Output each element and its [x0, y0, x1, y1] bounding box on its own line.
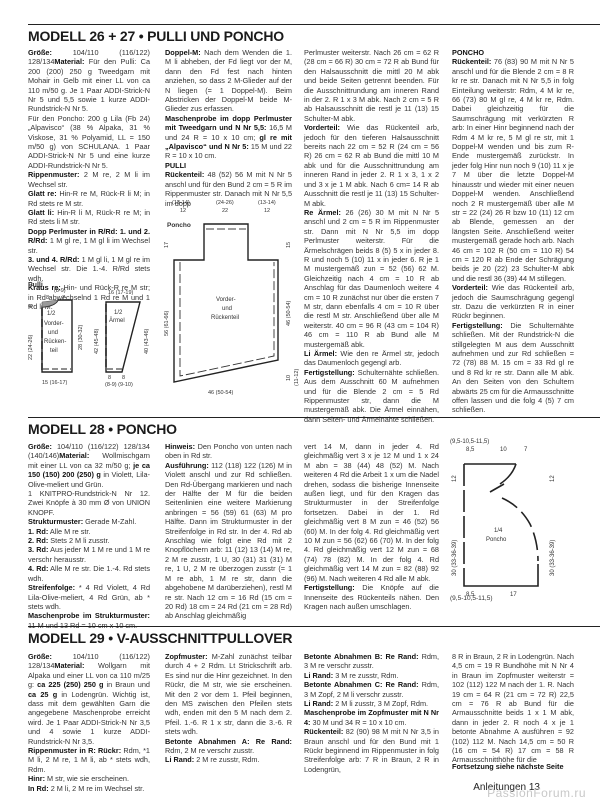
label: 1. Rd: — [28, 527, 48, 536]
paragraph: Strukturmuster: Gerade M-Zahl. — [28, 517, 150, 526]
svg-text:12: 12 — [264, 208, 270, 214]
svg-text:(8-9) (9-10): (8-9) (9-10) — [105, 382, 133, 388]
paragraph: Li Ärmel: Wie den re Ärmel str, jedoch d… — [304, 349, 439, 368]
label: gl re mit „Alpavisco“ und N Nr 5: — [165, 133, 292, 151]
paragraph: Hinweis: Den Poncho von unten nach oben … — [165, 442, 292, 461]
m28-bottom-total: (9,5-10,5-11,5) — [450, 595, 493, 602]
svg-text:Poncho: Poncho — [167, 222, 191, 229]
svg-text:(24-26): (24-26) — [216, 200, 234, 206]
paragraph: Größe: 104/110 (116/122) 128/134Material… — [28, 48, 150, 114]
m29-col1: Größe: 104/110 (116/122) 128/134Material… — [28, 652, 150, 793]
section-title-m28: MODELL 28 • PONCHO — [28, 421, 177, 437]
svg-text:Vorder-: Vorder- — [44, 321, 64, 327]
pulli-diagram: Pulli 1/2 Vorder- und Rücken- teil (8-9)… — [20, 278, 155, 388]
paragraph: Zopfmuster: M-Zahl zunächst teilbar durc… — [165, 652, 292, 737]
pulli-label: Pulli — [28, 282, 43, 289]
label: ca 25 g — [28, 690, 57, 699]
paragraph: Glatt li: Hin-R li M, Rück-R re M; in Rd… — [28, 208, 150, 227]
label: Rippenmuster in R: Rückr: — [28, 746, 121, 755]
paragraph: Vorderteil: Wie das Rückenteil arb, jedo… — [452, 283, 574, 321]
label: Hinr: — [28, 774, 45, 783]
poncho-diagram: (13-14) (24-26) (13-14) 12 22 12 Poncho … — [160, 196, 300, 401]
paragraph: 8 R in Braun, 2 R in Lodengrün. Nach 4,5… — [452, 652, 574, 765]
paragraph: Rippenmuster in R: Rückr: Rdm, *1 M li, … — [28, 746, 150, 774]
m28-col1: Größe: 104/110 (116/122) 128/134 (140/14… — [28, 442, 150, 630]
section-rule-m2627 — [28, 24, 600, 25]
svg-text:56 (61-66): 56 (61-66) — [164, 310, 170, 336]
label: PONCHO — [452, 48, 484, 57]
label: Ausführung: — [165, 461, 209, 470]
label: Betonte Abnahmen B: Re Rand: — [304, 652, 419, 661]
paragraph: Ausführung: 112 (118) 122 (126) M in Vio… — [165, 461, 292, 621]
svg-text:30 (33-36-39): 30 (33-36-39) — [452, 540, 458, 576]
label: Größe: — [28, 652, 52, 661]
label: In Rd: — [28, 784, 49, 793]
label: ca 225 (250) 250 g — [37, 680, 103, 689]
paragraph: Betonte Abnahmen B: Re Rand: Rdm, 3 M re… — [304, 652, 439, 671]
paragraph: Rippenmuster: 2 M re, 2 M li im Wechsel … — [28, 170, 150, 189]
svg-text:(9,5-10,5-11,5): (9,5-10,5-11,5) — [450, 439, 489, 445]
svg-text:10: 10 — [500, 447, 507, 453]
label: 3. Rd: — [28, 545, 48, 554]
svg-text:15 (16-17): 15 (16-17) — [42, 380, 68, 386]
label: Li Rand: — [304, 699, 333, 708]
svg-text:Vorder-: Vorder- — [216, 297, 236, 303]
label: Maschenprobe im Strukturmuster: — [28, 611, 150, 620]
paragraph: Maschenprobe im Strukturmuster: 11 M und… — [28, 611, 150, 630]
paragraph: Fertigstellung: Die Knöpfe auf die Innen… — [304, 583, 439, 611]
paragraph: vert 14 M, dann in jeder 4. Rd gleichmäß… — [304, 442, 439, 583]
svg-text:Ärmel: Ärmel — [109, 317, 125, 324]
m29-col4: 8 R in Braun, 2 R in Lodengrün. Nach 4,5… — [452, 652, 574, 765]
paragraph: Streifenfolge: * 4 Rd Violett, 4 Rd Lila… — [28, 583, 150, 611]
label: Re Ärmel: — [304, 208, 341, 217]
label: Doppel-M: — [165, 48, 201, 57]
m2627-col3: Perlmuster weiterstr. Nach 26 cm = 62 R … — [304, 48, 439, 424]
svg-text:(13-14): (13-14) — [172, 200, 190, 206]
paragraph: Betonte Abnahmen A: Re Rand: Rdm, 2 M re… — [165, 737, 292, 756]
label: Glatt li: — [28, 208, 54, 217]
paragraph: 1. Rd: Alle M re str. — [28, 527, 150, 536]
svg-text:12: 12 — [452, 475, 458, 482]
continue-note: Fortsetzung siehe nächste Seite — [452, 762, 592, 771]
svg-text:16 (17-19): 16 (17-19) — [108, 290, 134, 296]
svg-text:1/2: 1/2 — [47, 311, 56, 317]
svg-text:Poncho: Poncho — [486, 537, 507, 543]
svg-text:8,5: 8,5 — [466, 447, 475, 453]
m2627-col2: Doppel-M: Nach dem Wenden die 1. M li ab… — [165, 48, 292, 208]
label: Maschenprobe im dopp Perlmuster mit Twee… — [165, 114, 292, 132]
label: Material: — [54, 57, 84, 66]
svg-text:46 (50-54): 46 (50-54) — [208, 390, 234, 396]
svg-text:15: 15 — [286, 242, 292, 248]
label: Rückenteil: — [452, 57, 491, 66]
svg-text:42 (45-48): 42 (45-48) — [94, 328, 100, 354]
section-rule-m29 — [28, 626, 600, 627]
label: Größe: — [28, 48, 52, 57]
label: Rippenmuster: — [28, 170, 80, 179]
section-title-m29: MODELL 29 • V-AUSSCHNITTPULLOVER — [28, 630, 292, 646]
paragraph: Fertigstellung: Die Schulternähte schlie… — [452, 321, 574, 415]
m28-poncho-diagram: (9,5-10,5-11,5) 8,5 10 7 1/4 Poncho 12 3… — [450, 436, 570, 596]
label: 3. und 4. R/Rd: — [28, 255, 79, 264]
label: Li Rand: — [165, 755, 194, 764]
label: Li Ärmel: — [304, 349, 337, 358]
paragraph: Maschenprobe im Zopfmuster mit N Nr 4: 3… — [304, 708, 439, 727]
paragraph: Dopp Perlmuster in R/Rd: 1. und 2. R/Rd:… — [28, 227, 150, 255]
paragraph: 3. Rd: Aus jeder M 1 M re und 1 M re ver… — [28, 545, 150, 564]
m2627-col1: Größe: 104/110 (116/122) 128/134Material… — [28, 48, 150, 311]
watermark: PassionForum.ru — [487, 786, 586, 800]
svg-text:28 (30-32): 28 (30-32) — [78, 324, 84, 350]
svg-text:Rücken-: Rücken- — [44, 339, 66, 345]
paragraph: Li Rand: 2 M re zusstr, Rdm. — [165, 755, 292, 764]
paragraph: Li Rand: 2 M li zusstr, 3 M Zopf, Rdm. — [304, 699, 439, 708]
svg-text:7: 7 — [62, 295, 65, 301]
paragraph: Re Ärmel: 26 (26) 30 M mit N Nr 5 anschl… — [304, 208, 439, 349]
label: je ca 150 (150) 200 (250) g — [28, 461, 150, 479]
m29-col2: Zopfmuster: M-Zahl zunächst teilbar durc… — [165, 652, 292, 765]
label: Fertigstellung: — [452, 321, 503, 330]
section-rule-m28 — [28, 417, 600, 418]
label: Betonte Abnahmen C: Re Rand: — [304, 680, 419, 689]
label: Dopp Perlmuster in R/Rd: 1. und 2. R/Rd: — [28, 227, 150, 245]
svg-text:8: 8 — [46, 295, 49, 301]
svg-text:12: 12 — [550, 475, 556, 482]
label: Glatt re: — [28, 189, 57, 198]
paragraph: 2. Rd: Stets 2 M li zusstr. — [28, 536, 150, 545]
label: Rückenteil: — [304, 727, 343, 736]
svg-text:Rückenteil: Rückenteil — [211, 315, 239, 321]
paragraph: 4. Rd: Alle M re str. Die 1.-4. Rd stets… — [28, 564, 150, 583]
paragraph: Hinr: M str, wie sie erscheinen. — [28, 774, 150, 783]
svg-text:1/2: 1/2 — [114, 310, 123, 316]
paragraph: Rückenteil: 82 (90) 98 M mit N Nr 3,5 in… — [304, 727, 439, 774]
section-title-m2627: MODELL 26 + 27 • PULLI UND PONCHO — [28, 28, 284, 44]
label: Strukturmuster: — [28, 517, 83, 526]
paragraph: Fertigstellung: Schulternähte schließen.… — [304, 368, 439, 424]
label: Fertigstellung: — [304, 368, 355, 377]
svg-text:7: 7 — [524, 447, 528, 453]
label: Streifenfolge: — [28, 583, 75, 592]
label: Material: — [54, 661, 84, 670]
paragraph: PULLI — [165, 161, 292, 170]
m28-col3: vert 14 M, dann in jeder 4. Rd gleichmäß… — [304, 442, 439, 611]
svg-text:8: 8 — [122, 375, 125, 381]
label: Vorderteil: — [304, 123, 340, 132]
svg-text:22: 22 — [222, 208, 228, 214]
m28-col2: Hinweis: Den Poncho von unten nach oben … — [165, 442, 292, 621]
svg-text:17: 17 — [164, 242, 170, 248]
svg-text:teil: teil — [50, 348, 58, 354]
svg-text:(11-12): (11-12) — [294, 369, 300, 386]
svg-text:30 (33-36-39): 30 (33-36-39) — [550, 540, 556, 576]
svg-text:40 (43-46): 40 (43-46) — [144, 328, 150, 354]
label: Fertigstellung: — [304, 583, 355, 592]
label: Li Rand: — [304, 671, 333, 680]
label: Rückenteil: — [165, 170, 204, 179]
paragraph: Größe: 104/110 (116/122) 128/134 (140/14… — [28, 442, 150, 489]
svg-text:12: 12 — [180, 208, 186, 214]
paragraph: Vorderteil: Wie das Rückenteil arb, jedo… — [304, 123, 439, 208]
svg-text:10: 10 — [286, 375, 292, 381]
paragraph: Rückenteil: 76 (83) 90 M mit N Nr 5 ansc… — [452, 57, 574, 283]
svg-text:4: 4 — [28, 305, 34, 308]
label: Material: — [59, 451, 89, 460]
paragraph: 1 KNITPRO-Rundstrick-N Nr 12. Zwei Knöpf… — [28, 489, 150, 517]
paragraph: Glatt re: Hin-R re M, Rück-R li M; in Rd… — [28, 189, 150, 208]
paragraph: In Rd: 2 M li, 2 M re im Wechsel str. — [28, 784, 150, 793]
paragraph: Li Rand: 3 M re zusstr, Rdm. — [304, 671, 439, 680]
svg-text:(8-9): (8-9) — [54, 288, 66, 294]
svg-text:46 (50-54): 46 (50-54) — [286, 300, 292, 326]
svg-text:8: 8 — [108, 375, 111, 381]
svg-text:(13-14): (13-14) — [258, 200, 276, 206]
paragraph: Perlmuster weiterstr. Nach 26 cm = 62 R … — [304, 48, 439, 123]
svg-text:und: und — [222, 306, 232, 312]
label: 2. Rd: — [28, 536, 48, 545]
label: Hinweis: — [165, 442, 195, 451]
paragraph: Größe: 104/110 (116/122) 128/134Material… — [28, 652, 150, 746]
m2627-col4: PONCHORückenteil: 76 (83) 90 M mit N Nr … — [452, 48, 574, 415]
paragraph: Betonte Abnahmen C: Re Rand: Rdm, 3 M Zo… — [304, 680, 439, 699]
paragraph: Maschenprobe im dopp Perlmuster mit Twee… — [165, 114, 292, 161]
label: Größe: — [28, 442, 52, 451]
svg-text:22 (24-26): 22 (24-26) — [28, 334, 34, 360]
svg-text:17: 17 — [510, 592, 517, 596]
paragraph: Doppel-M: Nach dem Wenden die 1. M li ab… — [165, 48, 292, 114]
label: 4. Rd: — [28, 564, 48, 573]
svg-text:und: und — [48, 330, 58, 336]
m29-col3: Betonte Abnahmen B: Re Rand: Rdm, 3 M re… — [304, 652, 439, 774]
svg-text:1/4: 1/4 — [494, 528, 503, 534]
label: Maschenprobe im Zopfmuster mit N Nr 4: — [304, 708, 439, 726]
label: PULLI — [165, 161, 186, 170]
label: Zopfmuster: — [165, 652, 208, 661]
label: Betonte Abnahmen A: Re Rand: — [165, 737, 292, 746]
paragraph: Für den Poncho: 200 g Lila (Fb 24) „Alpa… — [28, 114, 150, 170]
label: Vorderteil: — [452, 283, 488, 292]
paragraph: PONCHO — [452, 48, 574, 57]
